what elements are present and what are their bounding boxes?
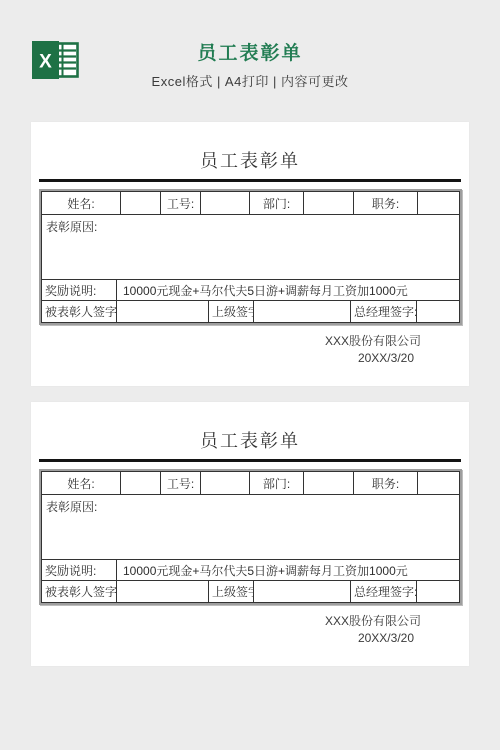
employee-id-label: 工号: (161, 472, 201, 495)
reward-value: 10000元现金+马尔代夫5日游+调薪每月工资加1000元 (117, 280, 459, 301)
company-name: XXX股份有限公司 (31, 333, 421, 350)
supervisor-signature-cell (254, 301, 351, 322)
name-value-cell (121, 192, 161, 215)
table-row-header-info: 姓名: 工号: 部门: 职务: (42, 472, 459, 495)
table-row-reward: 奖励说明: 10000元现金+马尔代夫5日游+调薪每月工资加1000元 (42, 280, 459, 301)
awardee-signature-label: 被表彰人签字: (42, 301, 117, 322)
excel-icon: X (32, 40, 80, 80)
general-manager-signature-cell (417, 581, 459, 602)
position-value-cell (418, 192, 459, 215)
name-value-cell (121, 472, 161, 495)
name-label: 姓名: (42, 472, 121, 495)
employee-id-value-cell (201, 472, 250, 495)
reason-cell: 表彰原因: (42, 215, 459, 280)
table-row-header-info: 姓名: 工号: 部门: 职务: (42, 192, 459, 215)
form-date: 20XX/3/20 (31, 630, 421, 647)
reward-label: 奖励说明: (42, 560, 117, 581)
form-date: 20XX/3/20 (31, 350, 421, 367)
form-table: 姓名: 工号: 部门: 职务: 表彰原因: 奖励说明: 10000元现金+马尔代… (39, 469, 462, 605)
position-label: 职务: (354, 192, 418, 215)
awardee-signature-cell (117, 581, 209, 602)
reward-label: 奖励说明: (42, 280, 117, 301)
title-divider (39, 459, 461, 462)
company-block: XXX股份有限公司 20XX/3/20 (31, 613, 469, 647)
table-row-signatures: 被表彰人签字: 上级签字: 总经理签字: (42, 581, 459, 602)
table-row-reward: 奖励说明: 10000元现金+马尔代夫5日游+调薪每月工资加1000元 (42, 560, 459, 581)
department-value-cell (304, 472, 354, 495)
form-table: 姓名: 工号: 部门: 职务: 表彰原因: 奖励说明: 10000元现金+马尔代… (39, 189, 462, 325)
employee-id-value-cell (201, 192, 250, 215)
reward-value: 10000元现金+马尔代夫5日游+调薪每月工资加1000元 (117, 560, 459, 581)
general-manager-signature-cell (417, 301, 459, 322)
header: X 员工表彰单 Excel格式 | A4打印 | 内容可更改 (0, 0, 500, 122)
page-background: X 员工表彰单 Excel格式 | A4打印 | 内容可更改 员工表彰单 姓名:… (0, 0, 500, 750)
department-value-cell (304, 192, 354, 215)
company-name: XXX股份有限公司 (31, 613, 421, 630)
table-row-signatures: 被表彰人签字: 上级签字: 总经理签字: (42, 301, 459, 322)
general-manager-signature-label: 总经理签字: (351, 301, 417, 322)
supervisor-signature-label: 上级签字: (209, 581, 254, 602)
svg-text:X: X (39, 52, 52, 73)
commendation-card-1: 员工表彰单 姓名: 工号: 部门: 职务: 表彰原因: 奖励说明: 10000元… (31, 122, 469, 386)
position-value-cell (418, 472, 459, 495)
position-label: 职务: (354, 472, 418, 495)
form-title: 员工表彰单 (31, 402, 469, 454)
awardee-signature-cell (117, 301, 209, 322)
title-divider (39, 179, 461, 182)
form-title: 员工表彰单 (31, 122, 469, 174)
awardee-signature-label: 被表彰人签字: (42, 581, 117, 602)
name-label: 姓名: (42, 192, 121, 215)
company-block: XXX股份有限公司 20XX/3/20 (31, 333, 469, 367)
supervisor-signature-cell (254, 581, 351, 602)
supervisor-signature-label: 上级签字: (209, 301, 254, 322)
employee-id-label: 工号: (161, 192, 201, 215)
reason-cell: 表彰原因: (42, 495, 459, 560)
department-label: 部门: (250, 472, 304, 495)
commendation-card-2: 员工表彰单 姓名: 工号: 部门: 职务: 表彰原因: 奖励说明: 10000元… (31, 402, 469, 666)
department-label: 部门: (250, 192, 304, 215)
general-manager-signature-label: 总经理签字: (351, 581, 417, 602)
